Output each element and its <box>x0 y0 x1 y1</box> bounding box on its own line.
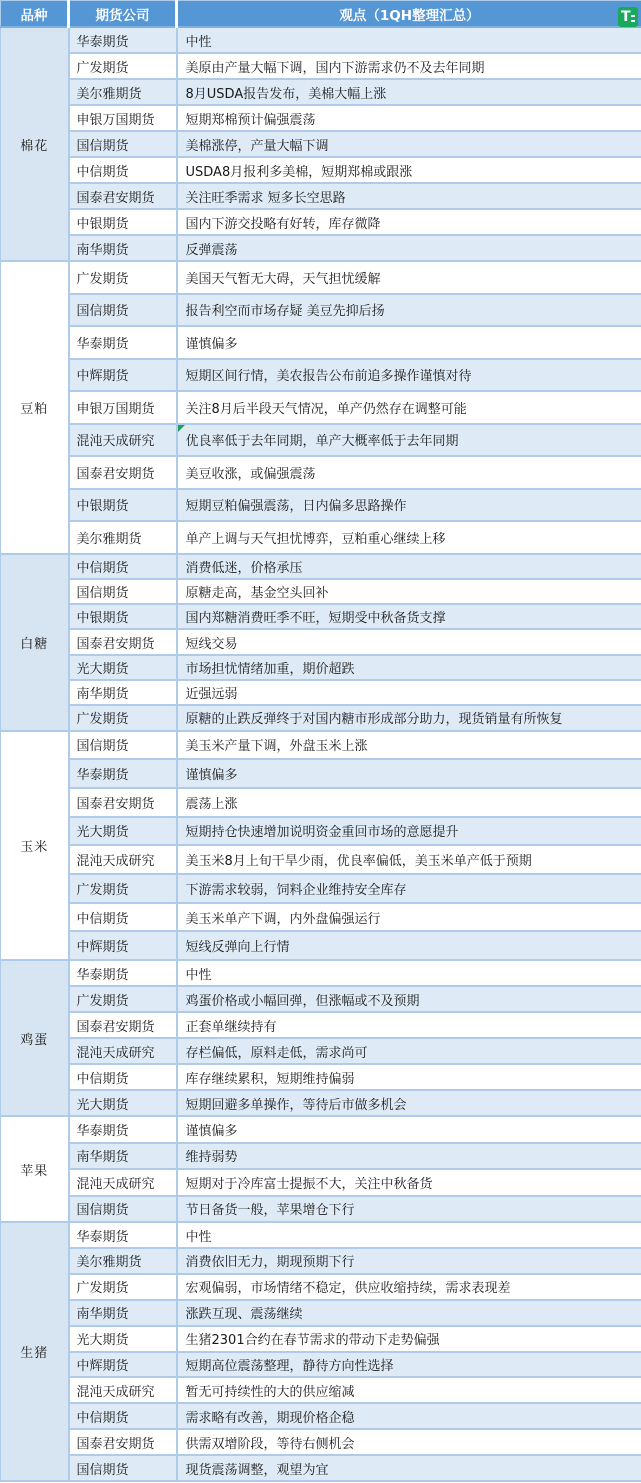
company-cell: 中银期货 <box>69 604 177 629</box>
view-cell: 生猪2301合约在春节需求的带动下走势偏强 <box>177 1326 641 1352</box>
table-row: 美尔雅期货8月USDA报告发布，美棉大幅上涨 <box>1 79 641 105</box>
company-cell: 申银万国期货 <box>69 105 177 131</box>
view-cell: 美原由产量大幅下调，国内下游需求仍不及去年同期 <box>177 53 641 79</box>
table-row: 华泰期货谨慎偏多 <box>1 759 641 788</box>
view-cell: 原糖走高，基金空头回补 <box>177 579 641 604</box>
company-cell: 混沌天成研究 <box>69 1038 177 1064</box>
company-cell: 华泰期货 <box>69 960 177 986</box>
table-row: 华泰期货谨慎偏多 <box>1 326 641 359</box>
view-cell: 报告利空而市场存疑 美豆先抑后扬 <box>177 294 641 327</box>
view-cell: 现货震荡调整，观望为宜 <box>177 1455 641 1481</box>
table-row: 白糖中信期货消费低迷，价格承压 <box>1 554 641 579</box>
company-cell: 中银期货 <box>69 489 177 522</box>
view-cell: 节日备货一般，苹果增仓下行 <box>177 1196 641 1223</box>
table-row: 国信期货原糖走高，基金空头回补 <box>1 579 641 604</box>
table-row: 广发期货鸡蛋价格或小幅回弹，但涨幅或不及预期 <box>1 986 641 1012</box>
table-row: 中信期货库存继续累积，短期维持偏弱 <box>1 1064 641 1090</box>
company-cell: 中辉期货 <box>69 1352 177 1378</box>
company-cell: 混沌天成研究 <box>69 424 177 457</box>
company-cell: 广发期货 <box>69 705 177 730</box>
table-row: 国信期货报告利空而市场存疑 美豆先抑后扬 <box>1 294 641 327</box>
view-cell: 短期豆粕偏强震荡，日内偏多思路操作 <box>177 489 641 522</box>
table-row: 中信期货美玉米单产下调，内外盘偏强运行 <box>1 903 641 932</box>
view-cell: 短线交易 <box>177 629 641 654</box>
view-cell: 维持弱势 <box>177 1143 641 1170</box>
table-row: 光大期货短期持仓快速增加说明资金重回市场的意愿提升 <box>1 817 641 846</box>
company-cell: 南华期货 <box>69 235 177 261</box>
company-cell: 国泰君安期货 <box>69 183 177 209</box>
company-cell: 国信期货 <box>69 131 177 157</box>
table-row: 美尔雅期货单产上调与天气担忧博弈，豆粕重心继续上移 <box>1 521 641 554</box>
company-cell: 广发期货 <box>69 261 177 294</box>
view-cell: 短期郑棉预计偏强震荡 <box>177 105 641 131</box>
header-company: 期货公司 <box>69 1 177 28</box>
view-cell: 中性 <box>177 1222 641 1248</box>
view-cell: 正套单继续持有 <box>177 1012 641 1038</box>
company-cell: 中信期货 <box>69 554 177 579</box>
table-row: 国泰君安期货短线交易 <box>1 629 641 654</box>
view-cell: 中性 <box>177 960 641 986</box>
table-row: 混沌天成研究美玉米8月上旬干旱少雨，优良率偏低，美玉米单产低于预期 <box>1 845 641 874</box>
view-cell: 国内郑糖消费旺季不旺，短期受中秋备货支撑 <box>177 604 641 629</box>
company-cell: 南华期货 <box>69 680 177 705</box>
view-cell: 美玉米产量下调，外盘玉米上涨 <box>177 731 641 760</box>
company-cell: 广发期货 <box>69 986 177 1012</box>
view-cell: 供需双增阶段，等待右侧机会 <box>177 1429 641 1455</box>
view-cell: 消费低迷，价格承压 <box>177 554 641 579</box>
variety-cell: 豆粕 <box>1 261 69 554</box>
company-cell: 国泰君安期货 <box>69 456 177 489</box>
view-cell: 涨跌互现、震荡继续 <box>177 1300 641 1326</box>
variety-cell: 鸡蛋 <box>1 960 69 1116</box>
table-row: 美尔雅期货消费依旧无力，期现预期下行 <box>1 1248 641 1274</box>
table-row: 鸡蛋华泰期货中性 <box>1 960 641 986</box>
table-row: 中银期货国内郑糖消费旺季不旺，短期受中秋备货支撑 <box>1 604 641 629</box>
table-row: 国信期货节日备货一般，苹果增仓下行 <box>1 1196 641 1223</box>
table-row: 光大期货生猪2301合约在春节需求的带动下走势偏强 <box>1 1326 641 1352</box>
company-cell: 华泰期货 <box>69 759 177 788</box>
variety-cell: 生猪 <box>1 1222 69 1481</box>
view-cell: 美玉米单产下调，内外盘偏强运行 <box>177 903 641 932</box>
table-row: 国泰君安期货震荡上涨 <box>1 788 641 817</box>
logo-bar <box>631 15 635 17</box>
view-cell: 短期区间行情，美农报告公布前追多操作谨慎对待 <box>177 359 641 392</box>
view-cell: 短线反弹向上行情 <box>177 931 641 960</box>
company-cell: 混沌天成研究 <box>69 845 177 874</box>
view-cell: 鸡蛋价格或小幅回弹，但涨幅或不及预期 <box>177 986 641 1012</box>
view-cell: 关注旺季需求 短多长空思路 <box>177 183 641 209</box>
table-row: 中信期货USDA8月报利多美棉，短期郑棉或跟涨 <box>1 157 641 183</box>
view-cell: 暂无可持续性的大的供应缩减 <box>177 1377 641 1403</box>
variety-cell: 玉米 <box>1 731 69 961</box>
company-cell: 国泰君安期货 <box>69 788 177 817</box>
view-cell: 短期高位震荡整理，静待方向性选择 <box>177 1352 641 1378</box>
table-row: 混沌天成研究暂无可持续性的大的供应缩减 <box>1 1377 641 1403</box>
company-cell: 中银期货 <box>69 209 177 235</box>
table-row: 南华期货反弹震荡 <box>1 235 641 261</box>
green-corner-flag-icon <box>178 425 185 432</box>
table-row: 混沌天成研究优良率低于去年同期，单产大概率低于去年同期 <box>1 424 641 457</box>
variety-cell: 棉花 <box>1 27 69 261</box>
company-cell: 华泰期货 <box>69 326 177 359</box>
table-row: 混沌天成研究短期对于冷库富士提振不大，关注中秋备货 <box>1 1169 641 1196</box>
company-cell: 南华期货 <box>69 1143 177 1170</box>
table-row: 中辉期货短期高位震荡整理，静待方向性选择 <box>1 1352 641 1378</box>
view-cell: 美玉米8月上旬干旱少雨，优良率偏低，美玉米单产低于预期 <box>177 845 641 874</box>
table-row: 混沌天成研究存栏偏低，原料走低，需求尚可 <box>1 1038 641 1064</box>
table-row: 中辉期货短线反弹向上行情 <box>1 931 641 960</box>
variety-cell: 苹果 <box>1 1116 69 1222</box>
table-row: 申银万国期货关注8月后半段天气情况，单产仍然存在调整可能 <box>1 391 641 424</box>
table-row: 中信期货需求略有改善，期现价格企稳 <box>1 1403 641 1429</box>
view-cell: 震荡上涨 <box>177 788 641 817</box>
view-cell: 反弹震荡 <box>177 235 641 261</box>
futures-opinion-report: 品种 期货公司 观点（1QH整理汇总） 棉花华泰期货中性广发期货美原由产量大幅下… <box>0 0 641 1483</box>
view-cell: 国内下游交投略有好转，库存微降 <box>177 209 641 235</box>
company-cell: 国泰君安期货 <box>69 629 177 654</box>
header-row: 品种 期货公司 观点（1QH整理汇总） <box>1 1 641 28</box>
table-row: 生猪华泰期货中性 <box>1 1222 641 1248</box>
company-cell: 国信期货 <box>69 294 177 327</box>
company-cell: 中信期货 <box>69 1064 177 1090</box>
view-cell: 8月USDA报告发布，美棉大幅上涨 <box>177 79 641 105</box>
company-cell: 中信期货 <box>69 903 177 932</box>
logo-bar <box>631 20 635 22</box>
table-row: 中辉期货短期区间行情，美农报告公布前追多操作谨慎对待 <box>1 359 641 392</box>
company-cell: 中信期货 <box>69 1403 177 1429</box>
company-cell: 美尔雅期货 <box>69 79 177 105</box>
view-cell: 短期回避多单操作，等待后市做多机会 <box>177 1090 641 1116</box>
view-cell: 宏观偏弱，市场情绪不稳定，供应收缩持续，需求表现差 <box>177 1274 641 1300</box>
company-cell: 光大期货 <box>69 1326 177 1352</box>
table-row: 广发期货原糖的止跌反弹终于对国内糖市形成部分助力，现货销量有所恢复 <box>1 705 641 730</box>
table-row: 光大期货市场担忧情绪加重，期价超跌 <box>1 655 641 680</box>
view-cell: 谨慎偏多 <box>177 1116 641 1143</box>
company-cell: 美尔雅期货 <box>69 521 177 554</box>
company-cell: 华泰期货 <box>69 1116 177 1143</box>
view-cell: 消费依旧无力，期现预期下行 <box>177 1248 641 1274</box>
company-cell: 中信期货 <box>69 157 177 183</box>
company-cell: 国信期货 <box>69 1455 177 1481</box>
view-cell: 原糖的止跌反弹终于对国内糖市形成部分助力，现货销量有所恢复 <box>177 705 641 730</box>
company-cell: 国信期货 <box>69 731 177 760</box>
table-row: 棉花华泰期货中性 <box>1 27 641 53</box>
table-row: 南华期货涨跌互现、震荡继续 <box>1 1300 641 1326</box>
view-cell: USDA8月报利多美棉，短期郑棉或跟涨 <box>177 157 641 183</box>
table-row: 广发期货下游需求较弱，饲料企业维持安全库存 <box>1 874 641 903</box>
view-cell: 单产上调与天气担忧博弈，豆粕重心继续上移 <box>177 521 641 554</box>
view-cell: 需求略有改善，期现价格企稳 <box>177 1403 641 1429</box>
table-row: 中银期货国内下游交投略有好转，库存微降 <box>1 209 641 235</box>
table-row: 豆粕广发期货美国天气暂无大碍，天气担忧缓解 <box>1 261 641 294</box>
company-cell: 国泰君安期货 <box>69 1429 177 1455</box>
table-row: 广发期货宏观偏弱，市场情绪不稳定，供应收缩持续，需求表现差 <box>1 1274 641 1300</box>
table-row: 国泰君安期货正套单继续持有 <box>1 1012 641 1038</box>
opinion-table: 品种 期货公司 观点（1QH整理汇总） 棉花华泰期货中性广发期货美原由产量大幅下… <box>0 0 641 1482</box>
view-cell: 谨慎偏多 <box>177 326 641 359</box>
table-row: 国泰君安期货美豆收涨，或偏强震荡 <box>1 456 641 489</box>
view-cell: 短期持仓快速增加说明资金重回市场的意愿提升 <box>177 817 641 846</box>
company-cell: 国泰君安期货 <box>69 1012 177 1038</box>
table-row: 玉米国信期货美玉米产量下调，外盘玉米上涨 <box>1 731 641 760</box>
view-cell: 下游需求较弱，饲料企业维持安全库存 <box>177 874 641 903</box>
view-cell: 美豆收涨，或偏强震荡 <box>177 456 641 489</box>
view-cell: 关注8月后半段天气情况，单产仍然存在调整可能 <box>177 391 641 424</box>
green-t-logo-icon: T <box>618 7 638 27</box>
table-row: 申银万国期货短期郑棉预计偏强震荡 <box>1 105 641 131</box>
table-row: 国信期货美棉涨停，产量大幅下调 <box>1 131 641 157</box>
company-cell: 广发期货 <box>69 1274 177 1300</box>
header-variety: 品种 <box>1 1 69 28</box>
company-cell: 国信期货 <box>69 1196 177 1223</box>
view-cell: 美国天气暂无大碍，天气担忧缓解 <box>177 261 641 294</box>
company-cell: 混沌天成研究 <box>69 1169 177 1196</box>
view-cell: 近强远弱 <box>177 680 641 705</box>
view-cell: 市场担忧情绪加重，期价超跌 <box>177 655 641 680</box>
company-cell: 华泰期货 <box>69 1222 177 1248</box>
view-cell: 美棉涨停，产量大幅下调 <box>177 131 641 157</box>
table-row: 南华期货近强远弱 <box>1 680 641 705</box>
table-row: 国泰君安期货供需双增阶段，等待右侧机会 <box>1 1429 641 1455</box>
table-row: 光大期货短期回避多单操作，等待后市做多机会 <box>1 1090 641 1116</box>
variety-cell: 白糖 <box>1 554 69 731</box>
view-cell: 中性 <box>177 27 641 53</box>
company-cell: 华泰期货 <box>69 27 177 53</box>
company-cell: 混沌天成研究 <box>69 1377 177 1403</box>
company-cell: 申银万国期货 <box>69 391 177 424</box>
view-cell: 存栏偏低，原料走低，需求尚可 <box>177 1038 641 1064</box>
table-row: 苹果华泰期货谨慎偏多 <box>1 1116 641 1143</box>
company-cell: 光大期货 <box>69 817 177 846</box>
company-cell: 广发期货 <box>69 53 177 79</box>
company-cell: 国信期货 <box>69 579 177 604</box>
company-cell: 光大期货 <box>69 655 177 680</box>
header-view: 观点（1QH整理汇总） <box>177 1 641 28</box>
company-cell: 美尔雅期货 <box>69 1248 177 1274</box>
view-cell: 优良率低于去年同期，单产大概率低于去年同期 <box>177 424 641 457</box>
company-cell: 光大期货 <box>69 1090 177 1116</box>
table-row: 国信期货现货震荡调整，观望为宜 <box>1 1455 641 1481</box>
table-row: 南华期货维持弱势 <box>1 1143 641 1170</box>
view-cell: 库存继续累积，短期维持偏弱 <box>177 1064 641 1090</box>
table-row: 中银期货短期豆粕偏强震荡，日内偏多思路操作 <box>1 489 641 522</box>
view-cell: 谨慎偏多 <box>177 759 641 788</box>
logo-letter: T <box>621 9 631 25</box>
company-cell: 南华期货 <box>69 1300 177 1326</box>
view-cell: 短期对于冷库富士提振不大，关注中秋备货 <box>177 1169 641 1196</box>
table-row: 国泰君安期货关注旺季需求 短多长空思路 <box>1 183 641 209</box>
company-cell: 广发期货 <box>69 874 177 903</box>
table-row: 广发期货美原由产量大幅下调，国内下游需求仍不及去年同期 <box>1 53 641 79</box>
company-cell: 中辉期货 <box>69 359 177 392</box>
table-body: 棉花华泰期货中性广发期货美原由产量大幅下调，国内下游需求仍不及去年同期美尔雅期货… <box>1 27 641 1481</box>
company-cell: 中辉期货 <box>69 931 177 960</box>
